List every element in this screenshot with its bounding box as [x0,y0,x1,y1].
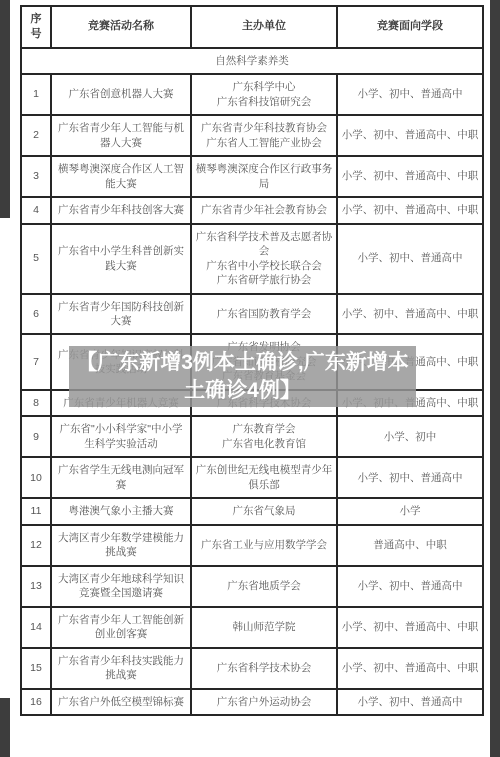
cell-organizer: 广东省国防教育学会 [191,294,337,335]
cell-index: 14 [21,607,51,648]
cell-name: 广东省青少年人工智能与机器人大赛 [51,115,191,156]
cell-name: 大湾区青少年地球科学知识竞赛暨全国邀请赛 [51,566,191,607]
table-row: 12大湾区青少年数学建模能力挑战赛广东省工业与应用数学学会普通高中、中职 [21,525,483,566]
table-row: 13大湾区青少年地球科学知识竞赛暨全国邀请赛广东省地质学会小学、初中、普通高中 [21,566,483,607]
cell-stage: 小学、初中、普通高中、中职 [337,648,483,689]
news-caption-overlay: 【广东新增3例本土确诊,广东新增本 土确诊4例】 [69,346,416,407]
cell-organizer: 广东省工业与应用数学学会 [191,525,337,566]
cell-organizer: 广东教育学会 广东省电化教育馆 [191,416,337,457]
cell-stage: 普通高中、中职 [337,525,483,566]
cell-stage: 小学 [337,498,483,524]
cell-organizer: 广东省地质学会 [191,566,337,607]
header-row: 序号 竞赛活动名称 主办单位 竞赛面向学段 [21,6,483,48]
cell-stage: 小学、初中、普通高中、中职 [337,294,483,335]
cell-stage: 小学、初中、普通高中 [337,566,483,607]
table-row: 4广东省青少年科技创客大赛广东省青少年社会教育协会小学、初中、普通高中、中职 [21,197,483,223]
cell-index: 13 [21,566,51,607]
cell-name: 广东省中小学生科普创新实践大赛 [51,224,191,294]
cell-organizer: 广东省户外运动协会 [191,689,337,715]
news-caption-line2: 土确诊4例】 [69,377,416,405]
cell-name: 大湾区青少年数学建模能力挑战赛 [51,525,191,566]
cell-name: 广东省创意机器人大赛 [51,74,191,115]
cell-index: 3 [21,156,51,197]
section-label: 自然科学素养类 [21,48,483,74]
cell-organizer: 横琴粤澳深度合作区行政事务局 [191,156,337,197]
table-row: 6广东省青少年国防科技创新大赛广东省国防教育学会小学、初中、普通高中、中职 [21,294,483,335]
cell-organizer: 广东省科学技术协会 [191,648,337,689]
table-row: 3横琴粤澳深度合作区人工智能大赛横琴粤澳深度合作区行政事务局小学、初中、普通高中… [21,156,483,197]
cell-name: 广东省"小小科学家"中小学生科学实验活动 [51,416,191,457]
right-edge-bar [490,0,500,757]
table-row: 2广东省青少年人工智能与机器人大赛广东省青少年科技教育协会 广东省人工智能产业协… [21,115,483,156]
cell-organizer: 广东创世纪无线电模型青少年俱乐部 [191,457,337,498]
cell-index: 6 [21,294,51,335]
col-header-stage: 竞赛面向学段 [337,6,483,48]
cell-index: 15 [21,648,51,689]
cell-index: 7 [21,334,51,389]
table-row: 14广东省青少年人工智能创新创业创客赛韩山师范学院小学、初中、普通高中、中职 [21,607,483,648]
cell-name: 广东省学生无线电测向冠军赛 [51,457,191,498]
section-row: 自然科学素养类 [21,48,483,74]
col-header-index: 序号 [21,6,51,48]
table-row: 5广东省中小学生科普创新实践大赛广东省科学技术普及志愿者协会 广东省中小学校长联… [21,224,483,294]
cell-index: 9 [21,416,51,457]
cell-stage: 小学、初中、普通高中、中职 [337,115,483,156]
cell-index: 12 [21,525,51,566]
cell-organizer: 广东省气象局 [191,498,337,524]
cell-organizer: 广东省青少年科技教育协会 广东省人工智能产业协会 [191,115,337,156]
cell-organizer: 广东科学中心 广东省科技馆研究会 [191,74,337,115]
cell-index: 1 [21,74,51,115]
cell-index: 8 [21,390,51,416]
cell-organizer: 广东省青少年社会教育协会 [191,197,337,223]
cell-index: 11 [21,498,51,524]
cell-name: 广东省青少年人工智能创新创业创客赛 [51,607,191,648]
col-header-name: 竞赛活动名称 [51,6,191,48]
cell-organizer: 广东省科学技术普及志愿者协会 广东省中小学校长联合会 广东省研学旅行协会 [191,224,337,294]
cell-stage: 小学、初中、普通高中 [337,74,483,115]
table-row: 10广东省学生无线电测向冠军赛广东创世纪无线电模型青少年俱乐部小学、初中、普通高… [21,457,483,498]
cell-name: 横琴粤澳深度合作区人工智能大赛 [51,156,191,197]
cell-stage: 小学、初中、普通高中 [337,689,483,715]
cell-index: 4 [21,197,51,223]
left-edge-bar-bottom [0,698,10,757]
cell-index: 5 [21,224,51,294]
cell-name: 粤港澳气象小主播大赛 [51,498,191,524]
page: 序号 竞赛活动名称 主办单位 竞赛面向学段 自然科学素养类 1广东省创意机器人大… [0,0,500,757]
cell-name: 广东省青少年科技创客大赛 [51,197,191,223]
cell-name: 广东省青少年科技实践能力挑战赛 [51,648,191,689]
table-row: 9广东省"小小科学家"中小学生科学实验活动广东教育学会 广东省电化教育馆小学、初… [21,416,483,457]
cell-stage: 小学、初中、普通高中、中职 [337,156,483,197]
cell-stage: 小学、初中、普通高中、中职 [337,197,483,223]
col-header-organizer: 主办单位 [191,6,337,48]
cell-index: 10 [21,457,51,498]
cell-index: 2 [21,115,51,156]
cell-stage: 小学、初中、普通高中 [337,457,483,498]
cell-stage: 小学、初中、普通高中 [337,224,483,294]
table-row: 1广东省创意机器人大赛广东科学中心 广东省科技馆研究会小学、初中、普通高中 [21,74,483,115]
cell-organizer: 韩山师范学院 [191,607,337,648]
news-caption-line1: 【广东新增3例本土确诊,广东新增本 [69,349,416,377]
cell-stage: 小学、初中 [337,416,483,457]
cell-name: 广东省青少年国防科技创新大赛 [51,294,191,335]
cell-stage: 小学、初中、普通高中、中职 [337,607,483,648]
cell-name: 广东省户外低空模型锦标赛 [51,689,191,715]
cell-index: 16 [21,689,51,715]
table-row: 11粤港澳气象小主播大赛广东省气象局小学 [21,498,483,524]
table-row: 16广东省户外低空模型锦标赛广东省户外运动协会小学、初中、普通高中 [21,689,483,715]
table-row: 15广东省青少年科技实践能力挑战赛广东省科学技术协会小学、初中、普通高中、中职 [21,648,483,689]
left-edge-bar-top [0,0,10,218]
